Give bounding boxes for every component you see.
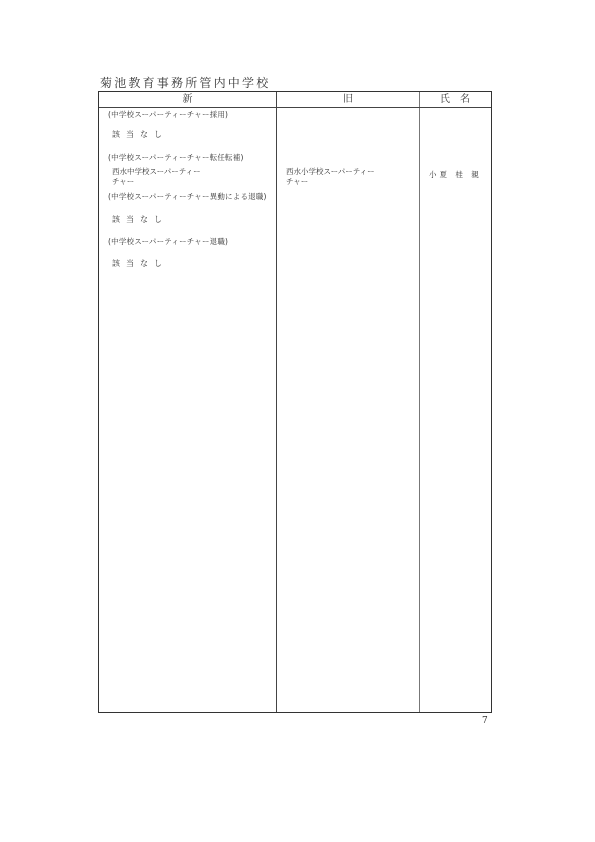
section-heading: (中学校スーパーティーチャー異動による退職) bbox=[108, 191, 267, 202]
section-body: 該当なし bbox=[112, 214, 168, 225]
section-body: 該当なし bbox=[112, 258, 168, 269]
header-divider bbox=[99, 107, 491, 108]
entry-old-line1: 西水小学校スーパーティー bbox=[286, 167, 375, 177]
entry-old-line2: チャー bbox=[286, 177, 308, 187]
section-heading: (中学校スーパーティーチャー転任転補) bbox=[108, 152, 244, 163]
section-heading: (中学校スーパーティーチャー採用) bbox=[108, 109, 228, 120]
column-divider bbox=[276, 92, 277, 712]
entry-new-line2: チャー bbox=[112, 177, 134, 187]
column-divider bbox=[419, 92, 420, 712]
header-old: 旧 bbox=[277, 93, 419, 107]
page-number: 7 bbox=[482, 716, 488, 726]
entry-name: 小夏 桂 親 bbox=[429, 169, 482, 180]
document-title: 菊池教育事務所管内中学校 bbox=[100, 74, 270, 91]
section-body: 該当なし bbox=[112, 129, 168, 140]
section-heading: (中学校スーパーティーチャー退職) bbox=[108, 236, 228, 247]
header-new: 新 bbox=[99, 93, 276, 107]
header-name: 氏名 bbox=[420, 93, 492, 107]
personnel-table: 新 旧 氏名 (中学校スーパーティーチャー採用) 該当なし (中学校スーパーティ… bbox=[98, 91, 492, 713]
entry-new-line1: 西水中学校スーパーティー bbox=[112, 167, 201, 177]
